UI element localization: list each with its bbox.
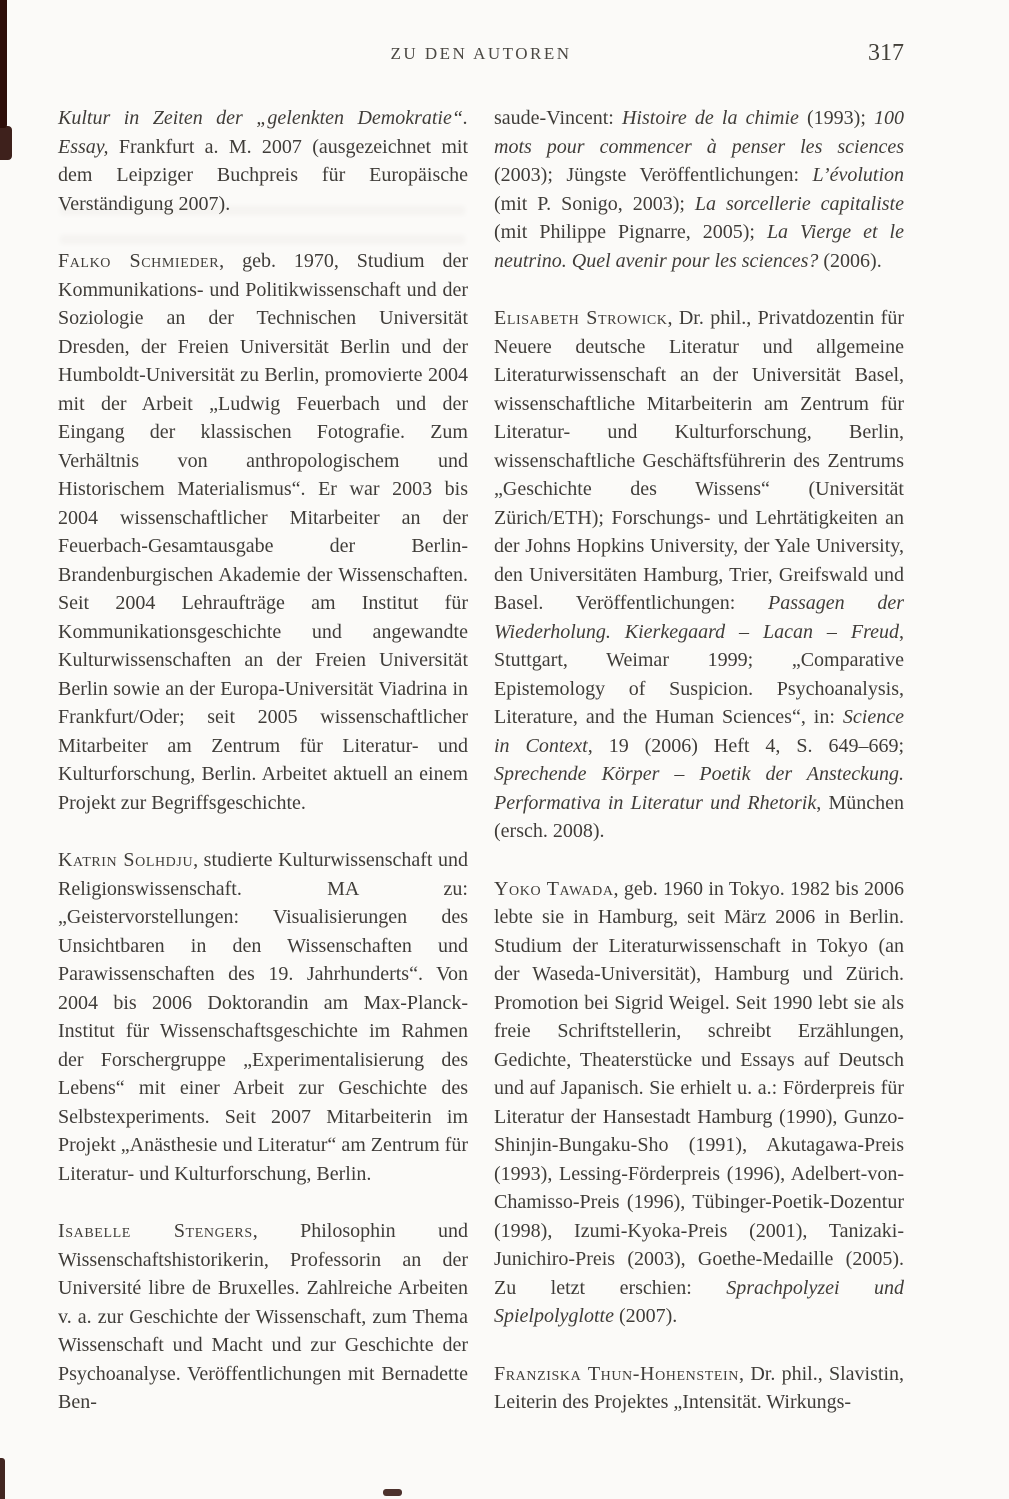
page-header: ZU DEN AUTOREN 317 (58, 44, 904, 74)
text-segment: (1993); (799, 107, 874, 129)
author-name: Franziska Thun-Hohenstein (494, 1363, 739, 1385)
scan-edge-artifact (0, 1458, 5, 1499)
text-segment: , studierte Kulturwissenschaft und Relig… (58, 849, 468, 1185)
text-segment: , geb. 1970, Studium der Kommunikations-… (58, 250, 468, 814)
page-number: 317 (868, 40, 904, 67)
author-name: Katrin Solhdju (58, 849, 193, 871)
text-segment: , geb. 1960 in Tokyo. 1982 bis 2006 lebt… (494, 878, 904, 1299)
book-page: ZU DEN AUTOREN 317 Kultur in Zeiten der … (0, 0, 1009, 1499)
text-columns: Kultur in Zeiten der „gelenkten Demokrat… (58, 104, 904, 1446)
author-paragraph: Falko Schmieder, geb. 1970, Studium der … (58, 247, 468, 817)
text-segment: saude-Vincent: (494, 107, 622, 129)
scan-edge-artifact (383, 1489, 402, 1496)
author-paragraph: saude-Vincent: Histoire de la chimie (19… (494, 104, 904, 275)
right-column: saude-Vincent: Histoire de la chimie (19… (494, 104, 904, 1446)
author-paragraph: Franziska Thun-Hohenstein, Dr. phil., Sl… (494, 1360, 904, 1417)
author-name: Isabelle Stengers (58, 1220, 253, 1242)
text-segment: , 19 (2006) Heft 4, S. 649–669; (588, 735, 904, 757)
scan-edge-artifact (0, 126, 12, 160)
text-segment: La sorcellerie capitaliste (695, 193, 904, 215)
text-segment: (mit P. Sonigo, 2003); (494, 193, 695, 215)
text-segment: L’évolution (813, 164, 904, 186)
author-name: Yoko Tawada (494, 878, 614, 900)
text-segment: (2007). (614, 1305, 677, 1327)
author-paragraph: Elisabeth Strowick, Dr. phil., Privatdoz… (494, 304, 904, 846)
text-segment: (2003); Jüngste Veröffentlichungen: (494, 164, 813, 186)
author-paragraph: Katrin Solhdju, studierte Kulturwissensc… (58, 846, 468, 1188)
scan-edge-artifact (0, 0, 7, 128)
author-name: Falko Schmieder (58, 250, 219, 272)
running-head: ZU DEN AUTOREN (58, 44, 904, 64)
author-paragraph: Kultur in Zeiten der „gelenkten Demokrat… (58, 104, 468, 218)
text-segment: (mit Philippe Pignarre, 2005); (494, 221, 767, 243)
author-paragraph: Isabelle Stengers, Philosophin und Wisse… (58, 1217, 468, 1417)
author-name: Elisabeth Strowick (494, 307, 667, 329)
text-segment: Histoire de la chimie (622, 107, 799, 129)
text-segment: , Dr. phil., Privatdozentin für Neuere d… (494, 307, 904, 614)
text-segment: (2006). (818, 250, 881, 272)
author-paragraph: Yoko Tawada, geb. 1960 in Tokyo. 1982 bi… (494, 875, 904, 1331)
text-segment: Frankfurt a. M. 2007 (ausgezeichnet mit … (58, 136, 468, 215)
left-column: Kultur in Zeiten der „gelenkten Demokrat… (58, 104, 468, 1446)
text-segment: , Philosophin und Wissenschaftshistorike… (58, 1220, 468, 1413)
